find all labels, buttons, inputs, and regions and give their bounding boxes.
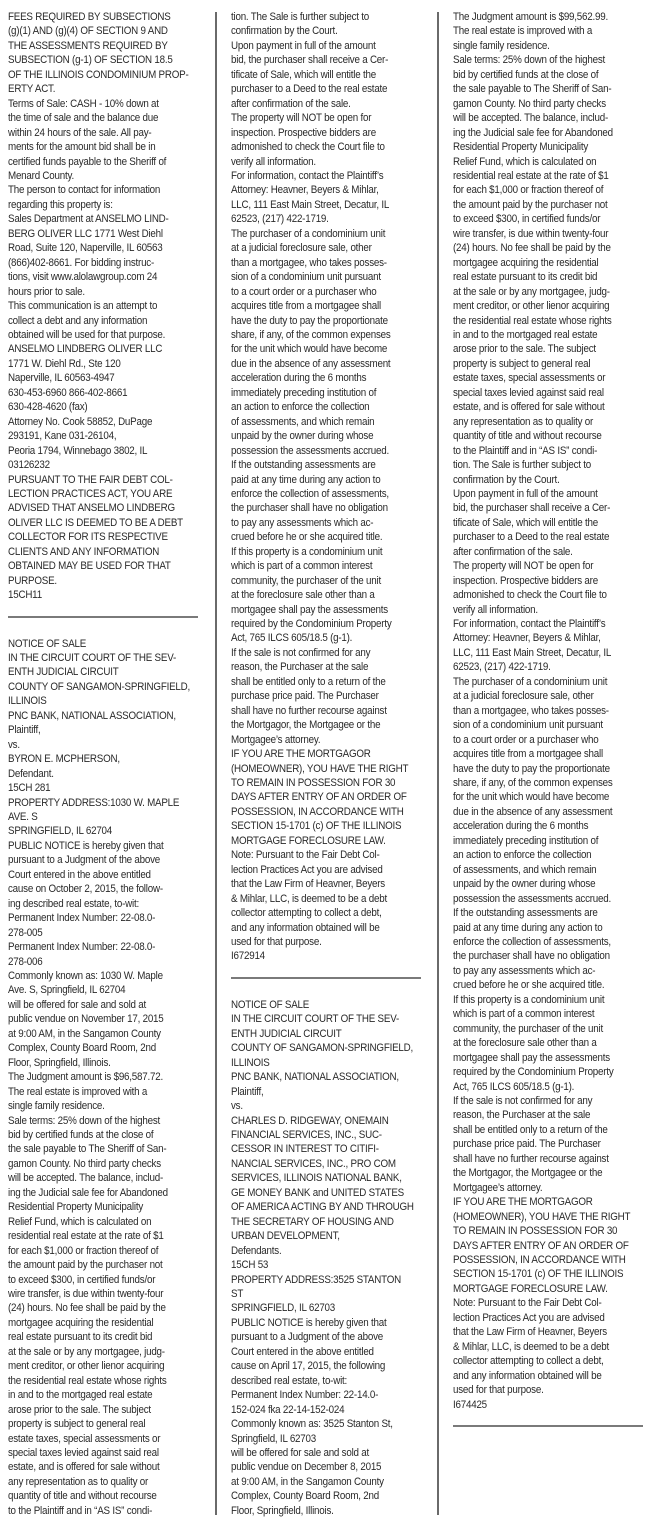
notice-line: real estate pursuant to its credit bid [8, 1330, 180, 1344]
notice-line: Attorney: Heavner, Beyers & Mihlar, [231, 183, 403, 197]
notice-line: the Mortgagor, the Mortgagee or the [231, 718, 403, 732]
notice-line: will be accepted. The balance, includ- [453, 111, 625, 125]
notice-line: 278-005 [8, 926, 180, 940]
notice-line: inspection. Prospective bidders are [453, 574, 625, 588]
notice-line: & Mihlar, LLC, is deemed to be a debt [453, 1340, 625, 1354]
notice-line: have the duty to pay the proportionate [453, 762, 625, 776]
notice-line: Complex, County Board Room, 2nd [231, 1489, 403, 1503]
notice-line: IN THE CIRCUIT COURT OF THE SEV- [8, 651, 180, 665]
notice-line: bid, the purchaser shall receive a Cer- [453, 501, 625, 515]
notice-line: Naperville, IL 60563-4947 [8, 371, 180, 385]
notice-line: Upon payment in full of the amount [231, 39, 403, 53]
notice-line: tions, visit www.alolawgroup.com 24 [8, 270, 180, 284]
notice-line: to the Plaintiff and in “AS IS” condi- [453, 444, 625, 458]
notice-line: property is subject to general real [453, 357, 625, 371]
notice-line: public vendue on December 8, 2015 [231, 1460, 403, 1474]
notice-line: BERG OLIVER LLC 1771 West Diehl [8, 227, 180, 241]
notice-line: (HOMEOWNER), YOU HAVE THE RIGHT [231, 762, 403, 776]
notice-line: Ave. S, Springfield, IL 62704 [8, 983, 180, 997]
notice-line: Complex, County Board Room, 2nd [8, 1041, 180, 1055]
notice-line: obtained will be used for that purpose. [8, 328, 180, 342]
notice-line: The real estate is improved with a [8, 1085, 180, 1099]
notice-line: community, the purchaser of the unit [231, 574, 403, 588]
notice-line: described real estate, to-wit: [231, 1374, 403, 1388]
notice-line: Terms of Sale: CASH - 10% down at [8, 97, 180, 111]
notice-line: ILLINOIS [231, 1056, 403, 1070]
notice-line: tificate of Sale, which will entitle the [231, 68, 403, 82]
notice-separator [453, 1425, 643, 1427]
notice-line: THE SECRETARY OF HOUSING AND [231, 1215, 403, 1229]
notice-line: the sale payable to The Sheriff of San- [8, 1142, 180, 1156]
notice-line: acceleration during the 6 months [453, 819, 625, 833]
notice-line: bid by certified funds at the close of [8, 1128, 180, 1142]
notice-line: any representation as to quality or [8, 1475, 180, 1489]
notice-line: quantity of title and without recourse [453, 429, 625, 443]
notice-line: The real estate is improved with a [453, 24, 625, 38]
notice-line: 03126232 [8, 458, 180, 472]
notice-line: (HOMEOWNER), YOU HAVE THE RIGHT [453, 1210, 625, 1224]
notice-line: LLC, 111 East Main Street, Decatur, IL [231, 198, 403, 212]
notice-line: Residential Property Municipality [453, 140, 625, 154]
notice-line: arose prior to the sale. The subject [453, 342, 625, 356]
notice-line: at a judicial foreclosure sale, other [453, 689, 625, 703]
notice-line: SPRINGFIELD, IL 62704 [8, 824, 180, 838]
notice-line: PUBLIC NOTICE is hereby given that [8, 839, 180, 853]
notice-line: CESSOR IN INTEREST TO CITIFI- [231, 1142, 403, 1156]
notice-line: to a court order or a purchaser who [231, 285, 403, 299]
notice-line: mortgagee shall pay the assessments [453, 1051, 625, 1065]
notice-line: purchaser to a Deed to the real estate [231, 82, 403, 96]
notice-line: to exceed $300, in certified funds/or [453, 212, 625, 226]
notice-line: ment creditor, or other lienor acquiring [8, 1359, 180, 1373]
notice-line: at the foreclosure sale other than a [231, 588, 403, 602]
notice-line: estate, and is offered for sale without [453, 400, 625, 414]
notice-line: Court entered in the above entitled [231, 1345, 403, 1359]
notice-line: public vendue on November 17, 2015 [8, 1012, 180, 1026]
notice-line: If this property is a condominium unit [453, 993, 625, 1007]
notice-line: for the unit which would have become [453, 790, 625, 804]
notice-line: in and to the mortgaged real estate [453, 328, 625, 342]
notice-line: NOTICE OF SALE [8, 637, 180, 651]
notice-line: at a judicial foreclosure sale, other [231, 241, 403, 255]
notice-line: at 9:00 AM, in the Sangamon County [231, 1475, 403, 1489]
notice-line: POSSESSION, IN ACCORDANCE WITH [231, 805, 403, 819]
notice-line: confirmation by the Court. [231, 24, 403, 38]
notice-line: I674425 [453, 1398, 625, 1412]
notice-line: immediately preceding institution of [231, 386, 403, 400]
notice-line: reason, the Purchaser at the sale [453, 1108, 625, 1122]
notice-line: 15CH11 [8, 588, 180, 602]
notice-line: within 24 hours of the sale. All pay- [8, 126, 180, 140]
notice-line: the purchaser shall have no obligation [231, 501, 403, 515]
notice-line: The property will NOT be open for [453, 559, 625, 573]
column-divider [215, 12, 217, 1515]
notice-line: ANSELMO LINDBERG OLIVER LLC [8, 342, 180, 356]
notice-line: than a mortgagee, who takes posses- [453, 704, 625, 718]
notice-line: CLIENTS AND ANY INFORMATION [8, 545, 180, 559]
notice-line: inspection. Prospective bidders are [231, 126, 403, 140]
column-1: FEES REQUIRED BY SUBSECTIONS(g)(1) AND (… [8, 10, 208, 1521]
notice-line: The property will NOT be open for [231, 111, 403, 125]
notice-line: crued before he or she acquired title. [453, 978, 625, 992]
notice-line: share, if any, of the common expenses [453, 776, 625, 790]
notice-line: due in the absence of any assessment [231, 357, 403, 371]
notice-line: enforce the collection of assessments, [231, 487, 403, 501]
notice-line: ST [231, 1287, 403, 1301]
notice-line: Sale terms: 25% down of the highest [8, 1114, 180, 1128]
notice-line: tion. The Sale is further subject to [231, 10, 403, 24]
notice-line: POSSESSION, IN ACCORDANCE WITH [453, 1253, 625, 1267]
notice-line: SPRINGFIELD, IL 62703 [231, 1301, 403, 1315]
notice-line: at the foreclosure sale other than a [453, 1036, 625, 1050]
notice-line: for the unit which would have become [231, 342, 403, 356]
notice-line: ments for the amount bid shall be in [8, 140, 180, 154]
notice-line: Relief Fund, which is calculated on [8, 1215, 180, 1229]
notice-line: Sales Department at ANSELMO LIND- [8, 212, 180, 226]
notice-line: mortgagee acquiring the residential [8, 1316, 180, 1330]
notice-line: shall be entitled only to a return of th… [231, 675, 403, 689]
notice-line: real estate pursuant to its credit bid [453, 270, 625, 284]
notice-line: 1771 W. Diehl Rd., Ste 120 [8, 357, 180, 371]
notice-line: Commonly known as: 1030 W. Maple [8, 969, 180, 983]
notice-line: If the outstanding assessments are [231, 458, 403, 472]
notice-line: arose prior to the sale. The subject [8, 1403, 180, 1417]
notice-line: Defendants. [231, 1244, 403, 1258]
notice-line: ing the Judicial sale fee for Abandoned [453, 126, 625, 140]
notice-line: at the sale or by any mortgagee, judg- [8, 1345, 180, 1359]
notice-line: possession the assessments accrued. [231, 444, 403, 458]
notice-line: LECTION PRACTICES ACT, YOU ARE [8, 487, 180, 501]
notice-line: property is subject to general real [8, 1417, 180, 1431]
notice-line: acquires title from a mortgagee shall [453, 747, 625, 761]
notice-line: bid by certified funds at the close of [453, 68, 625, 82]
notice-line: PURPOSE. [8, 574, 180, 588]
notice-line: an action to enforce the collection [231, 400, 403, 414]
notice-line: the time of sale and the balance due [8, 111, 180, 125]
notice-line: after confirmation of the sale. [453, 545, 625, 559]
notice-line: DAYS AFTER ENTRY OF AN ORDER OF [231, 790, 403, 804]
notice-text-block: tion. The Sale is further subject toconf… [231, 10, 431, 964]
notice-line: (24) hours. No fee shall be paid by the [8, 1301, 180, 1315]
notice-line: residential real estate at the rate of $… [453, 169, 625, 183]
notice-line: PROPERTY ADDRESS:1030 W. MAPLE [8, 796, 180, 810]
notice-line: If this property is a condominium unit [231, 545, 403, 559]
notice-line: certified funds payable to the Sheriff o… [8, 155, 180, 169]
notice-line: This communication is an attempt to [8, 299, 180, 313]
notice-line: at the sale or by any mortgagee, judg- [453, 285, 625, 299]
notice-line: NOTICE OF SALE [231, 998, 403, 1012]
notice-line: For information, contact the Plaintiff’s [453, 617, 625, 631]
notice-line: the residential real estate whose rights [8, 1374, 180, 1388]
notice-line: will be offered for sale and sold at [231, 1446, 403, 1460]
notice-line: The Judgment amount is $96,587.72. [8, 1070, 180, 1084]
notice-line: The purchaser of a condominium unit [231, 227, 403, 241]
notice-line: the amount paid by the purchaser not [8, 1258, 180, 1272]
notice-line: special taxes levied against said real [453, 386, 625, 400]
notice-line: Court entered in the above entitled [8, 868, 180, 882]
notice-text-block: FEES REQUIRED BY SUBSECTIONS(g)(1) AND (… [8, 10, 208, 603]
notice-line: after confirmation of the sale. [231, 97, 403, 111]
notice-line: SECTION 15-1701 (c) OF THE ILLINOIS [231, 819, 403, 833]
notice-line: Sale terms: 25% down of the highest [453, 53, 625, 67]
notice-line: PROPERTY ADDRESS:3525 STANTON [231, 1273, 403, 1287]
notice-line: possession the assessments accrued. [453, 892, 625, 906]
notice-line: crued before he or she acquired title. [231, 530, 403, 544]
notice-line: for each $1,000 or fraction thereof of [453, 183, 625, 197]
notice-line: Commonly known as: 3525 Stanton St, [231, 1417, 403, 1431]
notice-line: collector attempting to collect a debt, [453, 1354, 625, 1368]
notice-line: Defendant. [8, 767, 180, 781]
notice-line: admonished to check the Court file to [453, 588, 625, 602]
notice-line: estate, and is offered for sale without [8, 1460, 180, 1474]
notice-line: 62523, (217) 422-1719. [231, 212, 403, 226]
notice-line: the Mortgagor, the Mortgagee or the [453, 1166, 625, 1180]
notice-line: any representation as to quality or [453, 415, 625, 429]
notice-line: to pay any assessments which ac- [453, 964, 625, 978]
notice-line: unpaid by the owner during whose [231, 429, 403, 443]
notice-line: which is part of a common interest [453, 1007, 625, 1021]
notice-line: THE ASSESSMENTS REQUIRED BY [8, 39, 180, 53]
notice-line: to pay any assessments which ac- [231, 516, 403, 530]
notice-line: the residential real estate whose rights [453, 314, 625, 328]
notice-line: Note: Pursuant to the Fair Debt Col- [231, 848, 403, 862]
notice-line: cause on October 2, 2015, the follow- [8, 882, 180, 896]
notice-line: Permanent Index Number: 22-08.0- [8, 911, 180, 925]
notice-line: Permanent Index Number: 22-14.0- [231, 1388, 403, 1402]
notice-line: Peoria 1794, Winnebago 3802, IL [8, 444, 180, 458]
notice-line: Act, 765 ILCS 605/18.5 (g-1). [453, 1080, 625, 1094]
notice-line: If the sale is not confirmed for any [231, 646, 403, 660]
notice-line: 62523, (217) 422-1719. [453, 660, 625, 674]
notice-line: Relief Fund, which is calculated on [453, 155, 625, 169]
notice-line: lection Practices Act you are advised [453, 1311, 625, 1325]
notice-line: to the Plaintiff and in “AS IS” condi- [8, 1504, 180, 1518]
notice-line: acquires title from a mortgagee shall [231, 299, 403, 313]
notice-text-block: The Judgment amount is $99,562.99.The re… [453, 10, 653, 1412]
notice-line: shall have no further recourse against [453, 1152, 625, 1166]
notice-line: verify all information. [453, 603, 625, 617]
notice-line: Mortgagee’s attorney. [231, 733, 403, 747]
notice-line: tion. The Sale is further subject to [453, 458, 625, 472]
notice-line: lection Practices Act you are advised [231, 863, 403, 877]
notice-line: Attorney: Heavner, Beyers & Mihlar, [453, 631, 625, 645]
notice-line: ADVISED THAT ANSELMO LINDBERG [8, 501, 180, 515]
notice-line: community, the purchaser of the unit [453, 1022, 625, 1036]
notice-line: 15CH 281 [8, 781, 180, 795]
notice-line: NANCIAL SERVICES, INC., PRO COM [231, 1157, 403, 1171]
notice-line: Plaintiff, [8, 723, 180, 737]
notice-line: IF YOU ARE THE MORTGAGOR [453, 1195, 625, 1209]
notice-line: paid at any time during any action to [453, 921, 625, 935]
notice-line: For information, contact the Plaintiff’s [231, 169, 403, 183]
notice-line: Mortgagee’s attorney. [453, 1181, 625, 1195]
notice-line: single family residence. [453, 39, 625, 53]
notice-line: sion of a condominium unit pursuant [453, 718, 625, 732]
notice-line: 278-006 [8, 955, 180, 969]
notice-line: in and to the mortgaged real estate [8, 1388, 180, 1402]
notice-line: SECTION 15-1701 (c) OF THE ILLINOIS [453, 1267, 625, 1281]
notice-line: MORTGAGE FORECLOSURE LAW. [453, 1282, 625, 1296]
notice-line: purchase price paid. The Purchaser [231, 689, 403, 703]
notice-line: GE MONEY BANK and UNITED STATES [231, 1186, 403, 1200]
notice-line: Floor, Springfield, Illinois. [8, 1056, 180, 1070]
notice-line: (24) hours. No fee shall be paid by the [453, 241, 625, 255]
notice-line: Permanent Index Number: 22-08.0- [8, 940, 180, 954]
notice-line: the purchaser shall have no obligation [453, 949, 625, 963]
notice-line: tificate of Sale, which will entitle the [453, 516, 625, 530]
notice-line: URBAN DEVELOPMENT, [231, 1229, 403, 1243]
notice-line: an action to enforce the collection [453, 848, 625, 862]
notice-line: reason, the Purchaser at the sale [231, 660, 403, 674]
notice-line: to exceed $300, in certified funds/or [8, 1273, 180, 1287]
notice-line: enforce the collection of assessments, [453, 935, 625, 949]
legal-notices-page: FEES REQUIRED BY SUBSECTIONS(g)(1) AND (… [0, 0, 655, 1521]
column-divider [437, 12, 439, 1515]
notice-line: wire transfer, is due within twenty-four [453, 227, 625, 241]
notice-line: OBTAINED MAY BE USED FOR THAT [8, 559, 180, 573]
notice-line: gamon County. No third party checks [453, 97, 625, 111]
notice-line: Floor, Springfield, Illinois. [231, 1504, 403, 1518]
notice-line: ENTH JUDICIAL CIRCUIT [8, 665, 180, 679]
notice-line: wire transfer, is due within twenty-four [8, 1287, 180, 1301]
notice-line: immediately preceding institution of [453, 834, 625, 848]
notice-line: regarding this property is: [8, 198, 180, 212]
notice-line: The person to contact for information [8, 183, 180, 197]
notice-line: for each $1,000 or fraction thereof of [8, 1244, 180, 1258]
notice-line: If the sale is not confirmed for any [453, 1094, 625, 1108]
notice-line: 152-024 fka 22-14-152-024 [231, 1403, 403, 1417]
notice-line: Upon payment in full of the amount [453, 487, 625, 501]
notice-line: have the duty to pay the proportionate [231, 314, 403, 328]
notice-line: Note: Pursuant to the Fair Debt Col- [453, 1296, 625, 1310]
notice-line: at 9:00 AM, in the Sangamon County [8, 1027, 180, 1041]
notice-line: DAYS AFTER ENTRY OF AN ORDER OF [453, 1239, 625, 1253]
notice-line: bid, the purchaser shall receive a Cer- [231, 53, 403, 67]
notice-line: admonished to check the Court file to [231, 140, 403, 154]
notice-line: sion of a condominium unit pursuant [231, 270, 403, 284]
notice-line: of assessments, and which remain [231, 415, 403, 429]
notice-line: CHARLES D. RIDGEWAY, ONEMAIN [231, 1114, 403, 1128]
notice-line: special taxes levied against said real [8, 1446, 180, 1460]
notice-line: of assessments, and which remain [453, 863, 625, 877]
notice-line: quantity of title and without recourse [8, 1489, 180, 1503]
notice-line: gamon County. No third party checks [8, 1157, 180, 1171]
notice-line: collect a debt and any information [8, 314, 180, 328]
notice-line: mortgagee shall pay the assessments [231, 603, 403, 617]
notice-line: will be accepted. The balance, includ- [8, 1171, 180, 1185]
notice-line: estate taxes, special assessments or [453, 371, 625, 385]
notice-line: If the outstanding assessments are [453, 906, 625, 920]
notice-line: ment creditor, or other lienor acquiring [453, 299, 625, 313]
column-3: The Judgment amount is $99,562.99.The re… [453, 10, 653, 1521]
notice-line: PUBLIC NOTICE is hereby given that [231, 1316, 403, 1330]
notice-line: SERVICES, ILLINOIS NATIONAL BANK, [231, 1171, 403, 1185]
notice-line: and any information obtained will be [231, 921, 403, 935]
notice-line: TO REMAIN IN POSSESSION FOR 30 [231, 776, 403, 790]
notice-line: due in the absence of any assessment [453, 805, 625, 819]
notice-line: ing described real estate, to-wit: [8, 897, 180, 911]
notice-line: ERTY ACT. [8, 82, 180, 96]
notice-line: 293191, Kane 031-26104, [8, 429, 180, 443]
notice-line: Plaintiff, [231, 1085, 403, 1099]
column-2: tion. The Sale is further subject toconf… [231, 10, 431, 1521]
notice-line: that the Law Firm of Heavner, Beyers [231, 877, 403, 891]
notice-line: BYRON E. MCPHERSON, [8, 752, 180, 766]
notice-line: ENTH JUDICIAL CIRCUIT [231, 1027, 403, 1041]
notice-line: acceleration during the 6 months [231, 371, 403, 385]
notice-line: confirmation by the Court. [453, 473, 625, 487]
notice-line: OF AMERICA ACTING BY AND THROUGH [231, 1200, 403, 1214]
notice-line: Menard County. [8, 169, 180, 183]
notice-line: the sale payable to The Sheriff of San- [453, 82, 625, 96]
notice-line: mortgagee acquiring the residential [453, 256, 625, 270]
notice-line: purchase price paid. The Purchaser [453, 1137, 625, 1151]
notice-text-block: NOTICE OF SALEIN THE CIRCUIT COURT OF TH… [8, 637, 208, 1519]
notice-line: Road, Suite 120, Naperville, IL 60563 [8, 241, 180, 255]
notice-line: The purchaser of a condominium unit [453, 675, 625, 689]
notice-line: 630-453-6960 866-402-8661 [8, 386, 180, 400]
notice-line: collector attempting to collect a debt, [231, 906, 403, 920]
notice-line: The Judgment amount is $99,562.99. [453, 10, 625, 24]
notice-line: than a mortgagee, who takes posses- [231, 256, 403, 270]
notice-line: OF THE ILLINOIS CONDOMINIUM PROP- [8, 68, 180, 82]
notice-line: pursuant to a Judgment of the above [231, 1330, 403, 1344]
notice-line: verify all information. [231, 155, 403, 169]
notice-line: PURSUANT TO THE FAIR DEBT COL- [8, 473, 180, 487]
notice-line: COLLECTOR FOR ITS RESPECTIVE [8, 530, 180, 544]
notice-separator [231, 977, 421, 979]
notice-line: required by the Condominium Property [453, 1065, 625, 1079]
notice-line: cause on April 17, 2015, the following [231, 1359, 403, 1373]
notice-line: pursuant to a Judgment of the above [8, 853, 180, 867]
notice-line: PNC BANK, NATIONAL ASSOCIATION, [8, 709, 180, 723]
notice-line: (g)(1) AND (g)(4) OF SECTION 9 AND [8, 24, 180, 38]
notice-line: share, if any, of the common expenses [231, 328, 403, 342]
notice-line: required by the Condominium Property [231, 617, 403, 631]
notice-line: PNC BANK, NATIONAL ASSOCIATION, [231, 1070, 403, 1084]
notice-line: Residential Property Municipality [8, 1200, 180, 1214]
notice-line: Act, 765 ILCS 605/18.5 (g-1). [231, 631, 403, 645]
notice-line: Springfield, IL 62703 [231, 1432, 403, 1446]
notice-line: vs. [231, 1099, 403, 1113]
notice-line: will be offered for sale and sold at [8, 998, 180, 1012]
notice-line: COUNTY OF SANGAMON-SPRINGFIELD, [8, 680, 180, 694]
notice-line: estate taxes, special assessments or [8, 1432, 180, 1446]
notice-line: 630-428-4620 (fax) [8, 400, 180, 414]
notice-line: I672914 [231, 949, 403, 963]
notice-line: hours prior to sale. [8, 285, 180, 299]
notice-line: unpaid by the owner during whose [453, 877, 625, 891]
notice-line: Attorney No. Cook 58852, DuPage [8, 415, 180, 429]
notice-line: (866)402-8661. For bidding instruc- [8, 256, 180, 270]
notice-line: the amount paid by the purchaser not [453, 198, 625, 212]
notice-line: TO REMAIN IN POSSESSION FOR 30 [453, 1224, 625, 1238]
notice-line: FINANCIAL SERVICES, INC., SUC- [231, 1128, 403, 1142]
notice-line: shall be entitled only to a return of th… [453, 1123, 625, 1137]
notice-line: LLC, 111 East Main Street, Decatur, IL [453, 646, 625, 660]
notice-line: purchaser to a Deed to the real estate [453, 530, 625, 544]
notice-line: to a court order or a purchaser who [453, 733, 625, 747]
notice-line: COUNTY OF SANGAMON-SPRINGFIELD, [231, 1041, 403, 1055]
notice-line: shall have no further recourse against [231, 704, 403, 718]
notice-line: vs. [8, 738, 180, 752]
notice-text-block: NOTICE OF SALEIN THE CIRCUIT COURT OF TH… [231, 998, 431, 1518]
notice-line: AVE. S [8, 810, 180, 824]
notice-line: IN THE CIRCUIT COURT OF THE SEV- [231, 1012, 403, 1026]
notice-line: that the Law Firm of Heavner, Beyers [453, 1325, 625, 1339]
notice-line: & Mihlar, LLC, is deemed to be a debt [231, 892, 403, 906]
notice-line: OLIVER LLC IS DEEMED TO BE A DEBT [8, 516, 180, 530]
